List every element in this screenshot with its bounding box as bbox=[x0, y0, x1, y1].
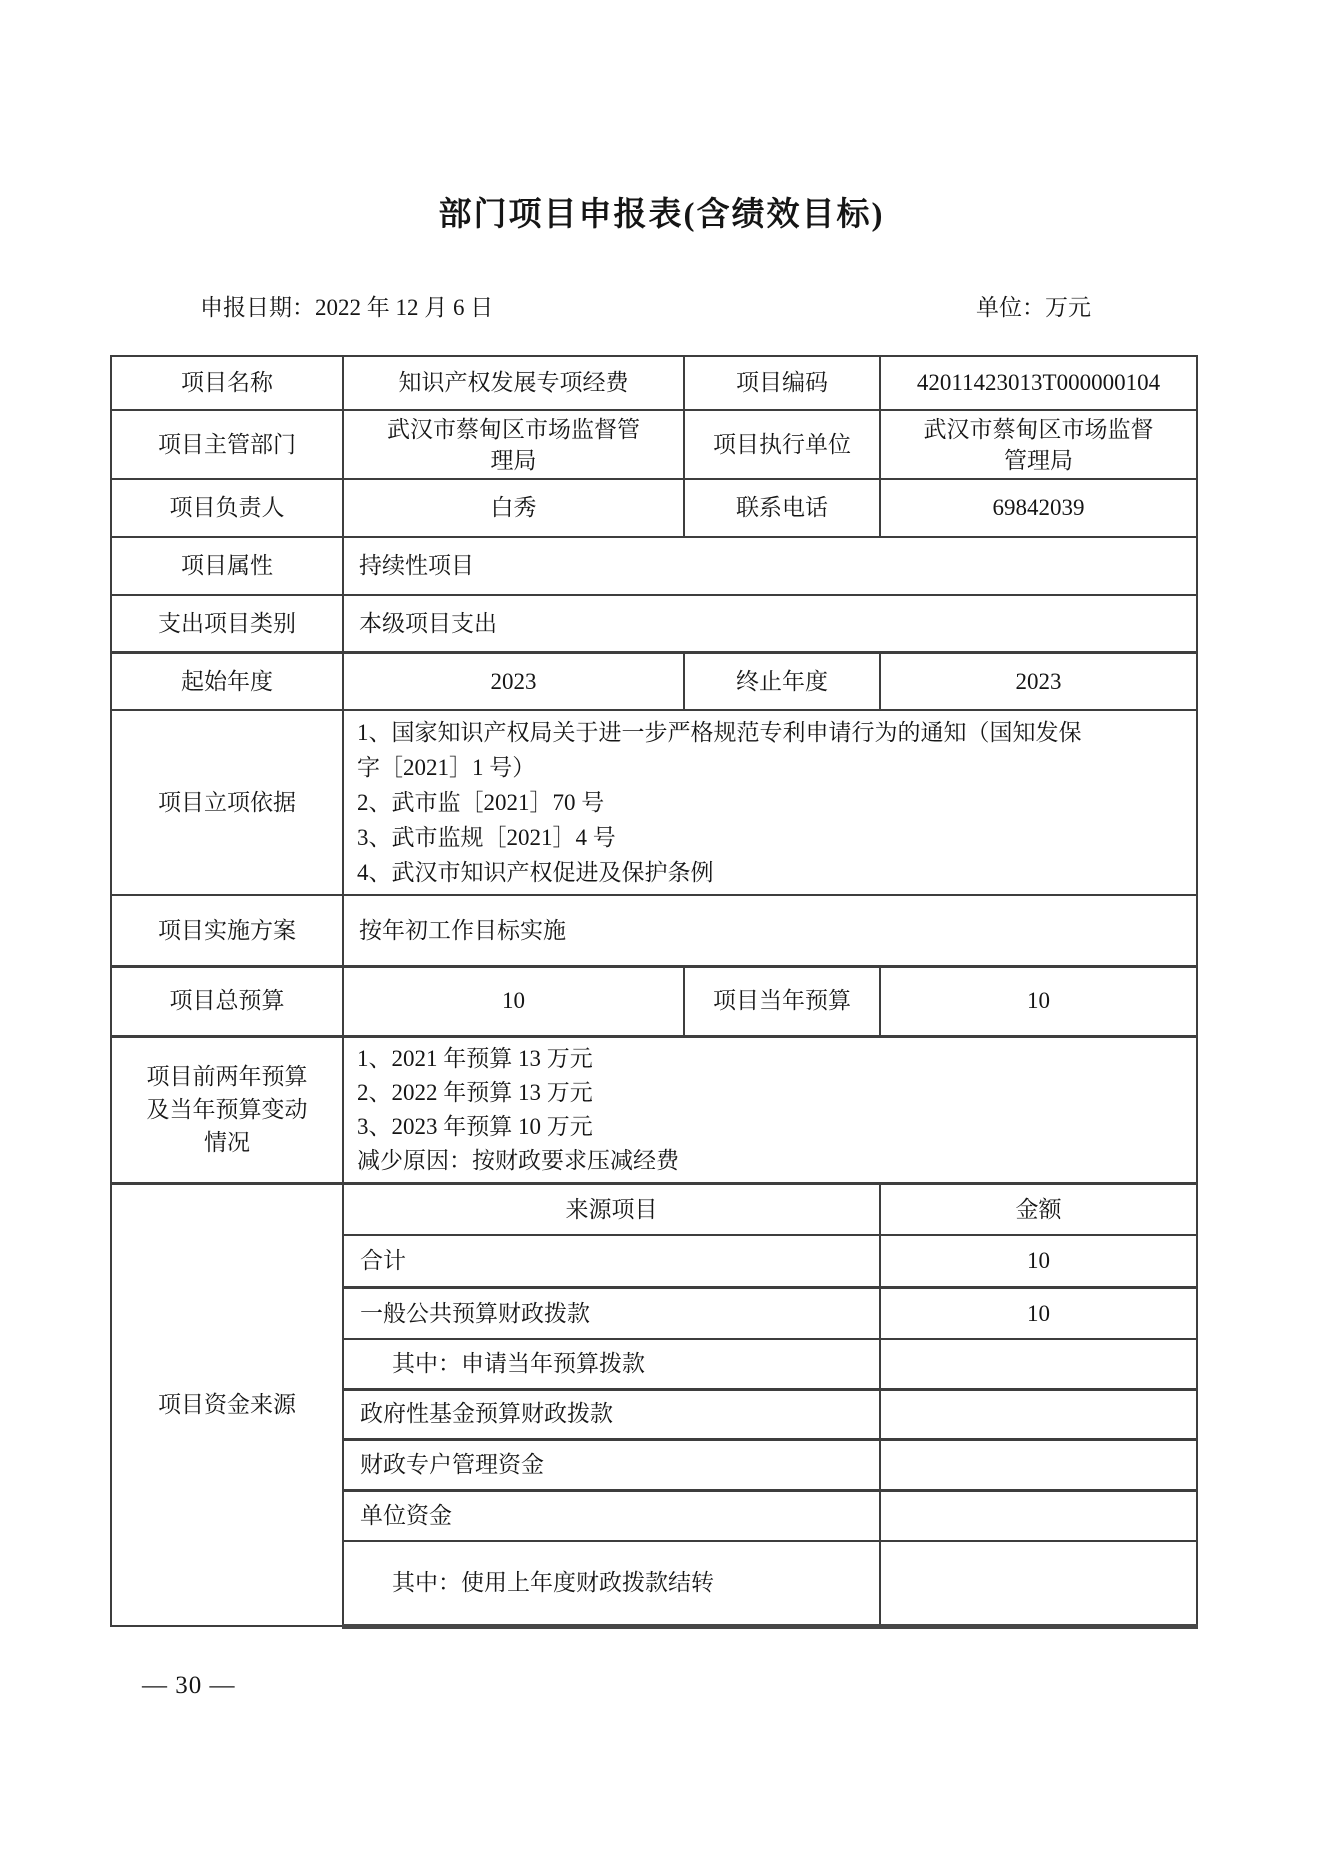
basis-value: 1、国家知识产权局关于进一步严格规范专利申请行为的通知（国知发保 字［2021］… bbox=[343, 710, 1197, 895]
current-budget-value: 10 bbox=[880, 966, 1197, 1036]
row-prev-budget: 项目前两年预算 及当年预算变动 情况 1、2021 年预算 13 万元 2、20… bbox=[111, 1036, 1197, 1183]
row-funding-header: 项目资金来源 来源项目 金额 bbox=[111, 1183, 1197, 1235]
end-year-value: 2023 bbox=[880, 652, 1197, 710]
row-years: 起始年度 2023 终止年度 2023 bbox=[111, 652, 1197, 710]
funding-source: 财政专户管理资金 bbox=[343, 1439, 880, 1490]
leader-value: 白秀 bbox=[343, 479, 684, 537]
prev-budget-value: 1、2021 年预算 13 万元 2、2022 年预算 13 万元 3、2023… bbox=[343, 1036, 1197, 1183]
row-implementation: 项目实施方案 按年初工作目标实施 bbox=[111, 895, 1197, 966]
funding-label: 项目资金来源 bbox=[111, 1183, 343, 1626]
leader-label: 项目负责人 bbox=[111, 479, 343, 537]
end-year-label: 终止年度 bbox=[684, 652, 880, 710]
document-title: 部门项目申报表(含绩效目标) bbox=[0, 188, 1323, 235]
funding-source: 其中：申请当年预算拨款 bbox=[343, 1339, 880, 1389]
phone-label: 联系电话 bbox=[684, 479, 880, 537]
expense-type-label: 支出项目类别 bbox=[111, 595, 343, 652]
funding-amount bbox=[880, 1541, 1197, 1626]
funding-amount bbox=[880, 1339, 1197, 1389]
start-year-label: 起始年度 bbox=[111, 652, 343, 710]
project-name-value: 知识产权发展专项经费 bbox=[343, 356, 684, 410]
executor-unit-value: 武汉市蔡甸区市场监督 管理局 bbox=[880, 410, 1197, 479]
meta-line: 申报日期：2022 年 12 月 6 日 单位：万元 bbox=[200, 289, 1091, 322]
funding-amount: 10 bbox=[880, 1235, 1197, 1287]
implementation-label: 项目实施方案 bbox=[111, 895, 343, 966]
attribute-label: 项目属性 bbox=[111, 537, 343, 595]
project-application-table: 项目名称 知识产权发展专项经费 项目编码 42011423013T0000001… bbox=[110, 355, 1198, 1629]
row-basis: 项目立项依据 1、国家知识产权局关于进一步严格规范专利申请行为的通知（国知发保 … bbox=[111, 710, 1197, 895]
executor-unit-label: 项目执行单位 bbox=[684, 410, 880, 479]
current-budget-label: 项目当年预算 bbox=[684, 966, 880, 1036]
funding-amount bbox=[880, 1389, 1197, 1439]
phone-value: 69842039 bbox=[880, 479, 1197, 537]
total-budget-value: 10 bbox=[343, 966, 684, 1036]
expense-type-value: 本级项目支出 bbox=[343, 595, 1197, 652]
funding-source: 合计 bbox=[343, 1235, 880, 1287]
unit-label: 单位：万元 bbox=[976, 289, 1091, 322]
supervisor-dept-value: 武汉市蔡甸区市场监督管 理局 bbox=[343, 410, 684, 479]
funding-amount bbox=[880, 1490, 1197, 1541]
attribute-value: 持续性项目 bbox=[343, 537, 1197, 595]
row-attribute: 项目属性 持续性项目 bbox=[111, 537, 1197, 595]
row-budget: 项目总预算 10 项目当年预算 10 bbox=[111, 966, 1197, 1036]
row-expense-type: 支出项目类别 本级项目支出 bbox=[111, 595, 1197, 652]
supervisor-dept-label: 项目主管部门 bbox=[111, 410, 343, 479]
funding-source-header: 来源项目 bbox=[343, 1183, 880, 1235]
funding-source: 其中：使用上年度财政拨款结转 bbox=[343, 1541, 880, 1626]
start-year-value: 2023 bbox=[343, 652, 684, 710]
page-number: — 30 — bbox=[142, 1672, 236, 1700]
row-supervisor-dept: 项目主管部门 武汉市蔡甸区市场监督管 理局 项目执行单位 武汉市蔡甸区市场监督 … bbox=[111, 410, 1197, 479]
total-budget-label: 项目总预算 bbox=[111, 966, 343, 1036]
document-page: 部门项目申报表(含绩效目标) 申报日期：2022 年 12 月 6 日 单位：万… bbox=[0, 0, 1323, 1871]
row-leader: 项目负责人 白秀 联系电话 69842039 bbox=[111, 479, 1197, 537]
declare-date: 申报日期：2022 年 12 月 6 日 bbox=[200, 289, 493, 322]
funding-source: 一般公共预算财政拨款 bbox=[343, 1287, 880, 1339]
project-code-label: 项目编码 bbox=[684, 356, 880, 410]
project-code-value: 42011423013T000000104 bbox=[880, 356, 1197, 410]
funding-source: 单位资金 bbox=[343, 1490, 880, 1541]
project-name-label: 项目名称 bbox=[111, 356, 343, 410]
funding-source: 政府性基金预算财政拨款 bbox=[343, 1389, 880, 1439]
funding-amount-header: 金额 bbox=[880, 1183, 1197, 1235]
basis-label: 项目立项依据 bbox=[111, 710, 343, 895]
funding-amount: 10 bbox=[880, 1287, 1197, 1339]
implementation-value: 按年初工作目标实施 bbox=[343, 895, 1197, 966]
row-project-name: 项目名称 知识产权发展专项经费 项目编码 42011423013T0000001… bbox=[111, 356, 1197, 410]
prev-budget-label: 项目前两年预算 及当年预算变动 情况 bbox=[111, 1036, 343, 1183]
funding-amount bbox=[880, 1439, 1197, 1490]
